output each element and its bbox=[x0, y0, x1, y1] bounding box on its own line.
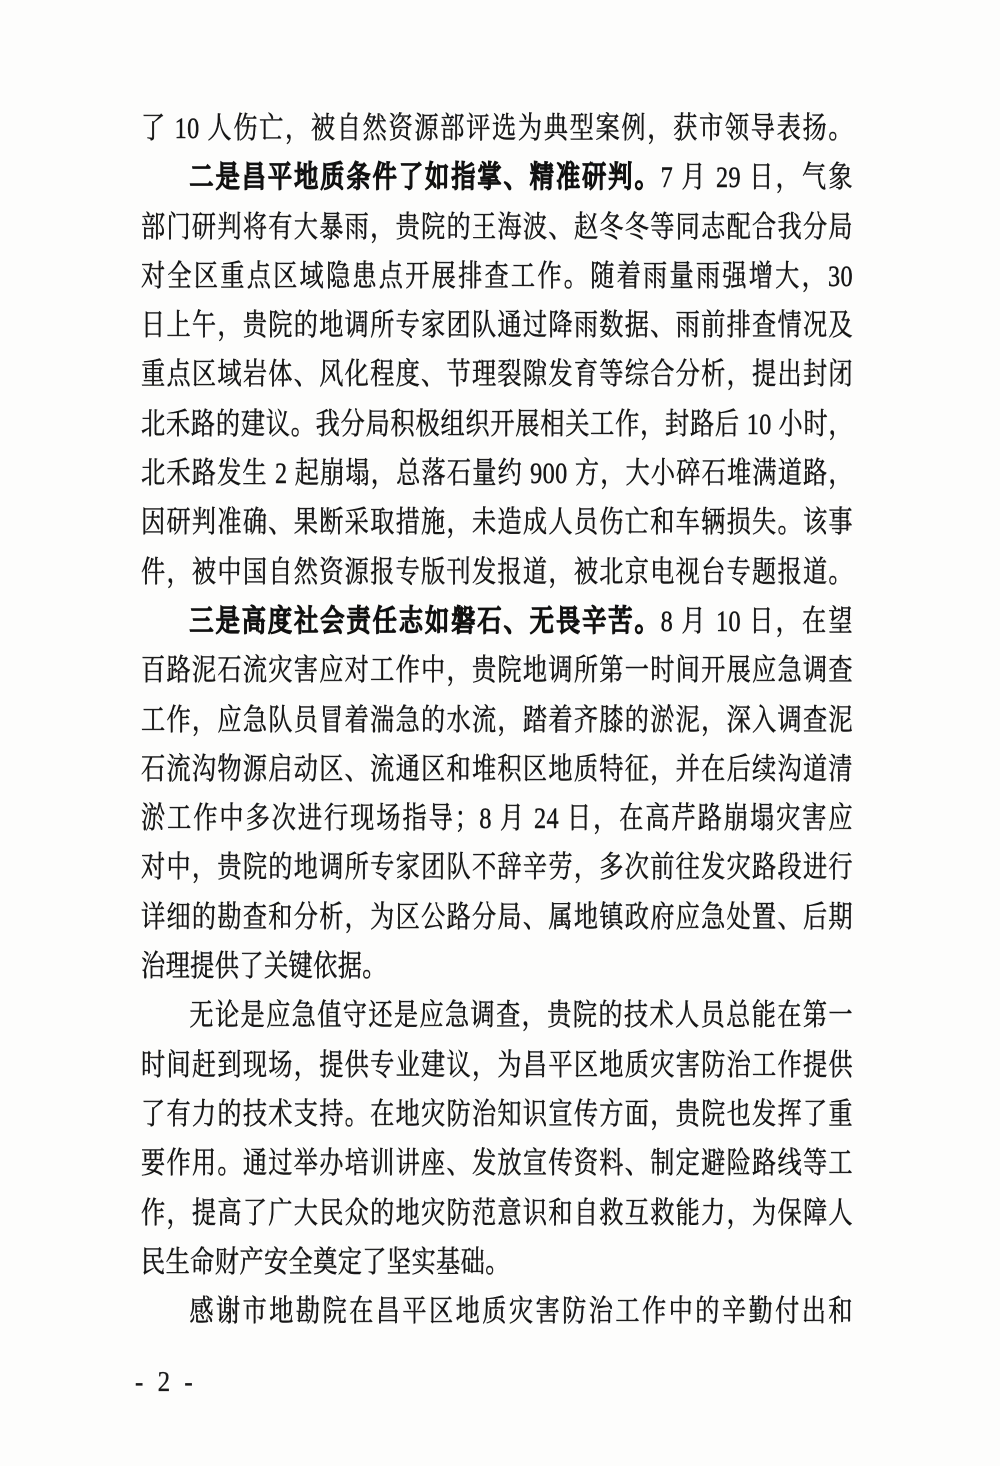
body-text-segment: 百路泥石流灾害应对工作中，贵院地调所第一时间开展应急调查 bbox=[141, 654, 853, 687]
body-text-segment: 时间赶到现场，提供专业建议，为昌平区地质灾害防治工作提供 bbox=[141, 1048, 853, 1081]
body-text-segment: 了 10 人伤亡，被自然资源部评选为典型案例，获市领导表扬。 bbox=[141, 112, 853, 145]
document-page: 了 10 人伤亡，被自然资源部评选为典型案例，获市领导表扬。二是昌平地质条件了如… bbox=[0, 0, 1000, 1466]
page-number: - 2 - bbox=[135, 1363, 197, 1402]
body-text-segment: 感谢市地勘院在昌平区地质灾害防治工作中的辛勤付出和 bbox=[189, 1295, 853, 1328]
text-line: 感谢市地勘院在昌平区地质灾害防治工作中的辛勤付出和 bbox=[141, 1281, 853, 1342]
body-text-segment: 7 月 29 日，气象 bbox=[661, 161, 853, 194]
body-text-segment: 民生命财产安全奠定了坚实基础。 bbox=[141, 1246, 510, 1279]
body-text-segment: 北禾路发生 2 起崩塌，总落石量约 900 方，大小碎石堆满道路， bbox=[141, 457, 853, 490]
body-text-segment: 重点区域岩体、风化程度、节理裂隙发育等综合分析，提出封闭 bbox=[141, 358, 853, 391]
body-text-segment: 部门研判将有大暴雨，贵院的王海波、赵冬冬等同志配合我分局 bbox=[141, 210, 853, 243]
document-body-text: 了 10 人伤亡，被自然资源部评选为典型案例，获市领导表扬。二是昌平地质条件了如… bbox=[141, 104, 853, 1336]
body-text-segment: 对全区重点区域隐患点开展排查工作。随着雨量雨强增大，30 bbox=[141, 260, 853, 293]
body-text-segment: 8 月 10 日，在望 bbox=[661, 605, 853, 638]
body-text-segment: 了有力的技术支持。在地灾防治知识宣传方面，贵院也发挥了重 bbox=[141, 1098, 853, 1131]
body-text-segment: 工作，应急队员冒着湍急的水流，踏着齐膝的淤泥，深入调查泥 bbox=[141, 703, 853, 736]
body-text-segment: 件，被中国自然资源报专版刊发报道，被北京电视台专题报道。 bbox=[141, 555, 853, 588]
body-text-segment: 石流沟物源启动区、流通区和堆积区地质特征，并在后续沟道清 bbox=[141, 753, 853, 786]
bold-lead-in-phrase: 三是高度社会责任志如磐石、无畏辛苦。 bbox=[189, 605, 660, 638]
body-text-segment: 无论是应急值守还是应急调查，贵院的技术人员总能在第一 bbox=[189, 999, 853, 1032]
body-text-segment: 作，提高了广大民众的地灾防范意识和自救互救能力，为保障人 bbox=[141, 1196, 853, 1229]
body-text-segment: 日上午，贵院的地调所专家团队通过降雨数据、雨前排查情况及 bbox=[141, 309, 853, 342]
body-text-segment: 要作用。通过举办培训讲座、发放宣传资料、制定避险路线等工 bbox=[141, 1147, 853, 1180]
body-text-segment: 淤工作中多次进行现场指导；8 月 24 日，在高芹路崩塌灾害应 bbox=[141, 802, 853, 835]
body-text-segment: 治理提供了关键依据。 bbox=[141, 950, 387, 983]
body-text-segment: 因研判准确、果断采取措施，未造成人员伤亡和车辆损失。该事 bbox=[141, 506, 853, 539]
body-text-segment: 详细的勘查和分析，为区公路分局、属地镇政府应急处置、后期 bbox=[141, 900, 853, 933]
body-text-segment: 北禾路的建议。我分局积极组织开展相关工作，封路后 10 小时， bbox=[141, 408, 853, 441]
body-text-segment: 对中，贵院的地调所专家团队不辞辛劳，多次前往发灾路段进行 bbox=[141, 851, 853, 884]
bold-lead-in-phrase: 二是昌平地质条件了如指掌、精准研判。 bbox=[189, 161, 660, 194]
